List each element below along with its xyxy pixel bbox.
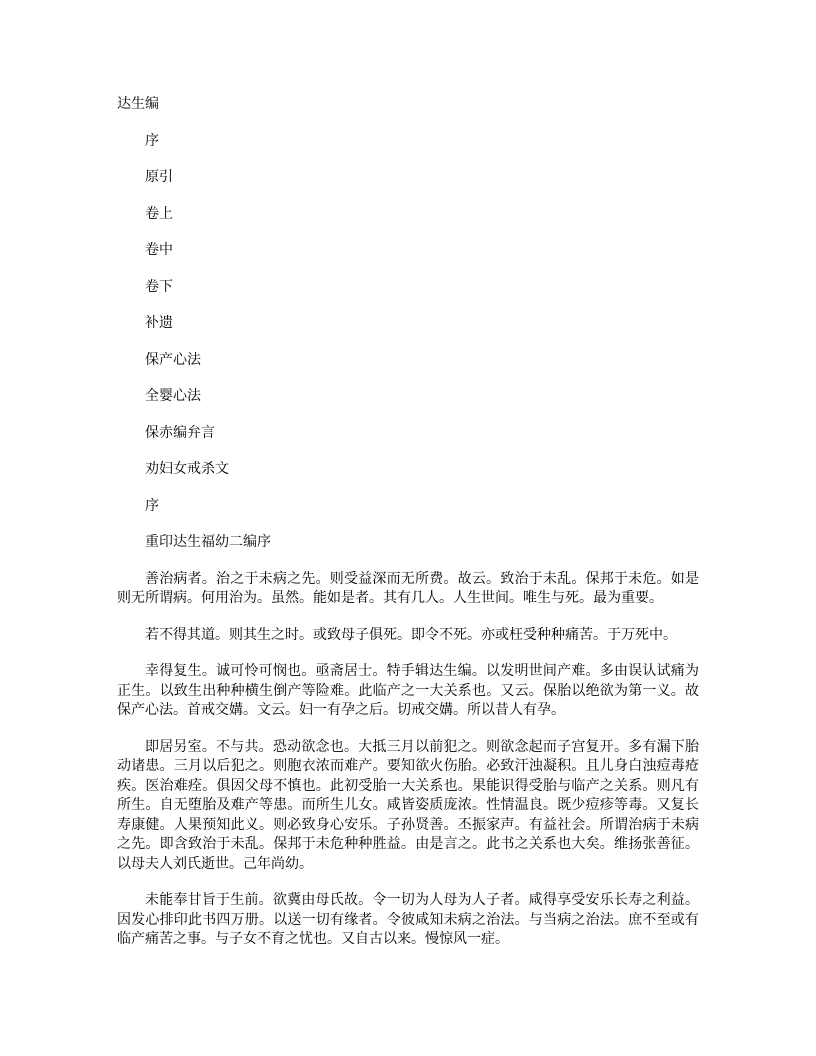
body-paragraph-2: 若不得其道。则其生之时。或致母子俱死。即令不死。亦或枉受种种痛苦。于万死中。	[117, 626, 699, 646]
body-paragraph-4: 即居另室。不与共。恐动欲念也。大抵三月以前犯之。则欲念起而子宫复开。多有漏下胎动…	[117, 738, 699, 875]
toc-item-volume-middle: 卷中	[117, 241, 699, 261]
section-heading-reprint-preface: 重印达生福幼二编序	[117, 533, 699, 553]
toc-item-childbirth-care-methods: 保产心法	[117, 351, 699, 371]
book-title: 达生编	[117, 95, 699, 115]
body-paragraph-3: 幸得复生。诚可怜可悯也。亟斋居士。特手辑达生编。以发明世间产难。多由误认试痛为正…	[117, 662, 699, 721]
toc-item-infant-care-methods: 全婴心法	[117, 387, 699, 407]
toc-item-supplement: 补遗	[117, 314, 699, 334]
toc-item-preface: 序	[117, 132, 699, 152]
toc-item-volume-upper: 卷上	[117, 205, 699, 225]
toc-item-volume-lower: 卷下	[117, 278, 699, 298]
toc-item-exhortation-essay: 劝妇女戒杀文	[117, 460, 699, 480]
toc-item-baochi-foreword: 保赤编弁言	[117, 424, 699, 444]
toc-item-original-introduction: 原引	[117, 168, 699, 188]
document-page: 达生编 序 原引 卷上 卷中 卷下 补遗 保产心法 全婴心法 保赤编弁言 劝妇女…	[0, 0, 816, 1056]
body-paragraph-1: 善治病者。治之于未病之先。则受益深而无所费。故云。致治于未乱。保邦于未危。如是则…	[117, 570, 699, 609]
toc-item-preface-2: 序	[117, 497, 699, 517]
body-paragraph-5: 未能奉甘旨于生前。欲冀由母氏故。令一切为人母为人子者。咸得享受安乐长寿之利益。因…	[117, 891, 699, 950]
